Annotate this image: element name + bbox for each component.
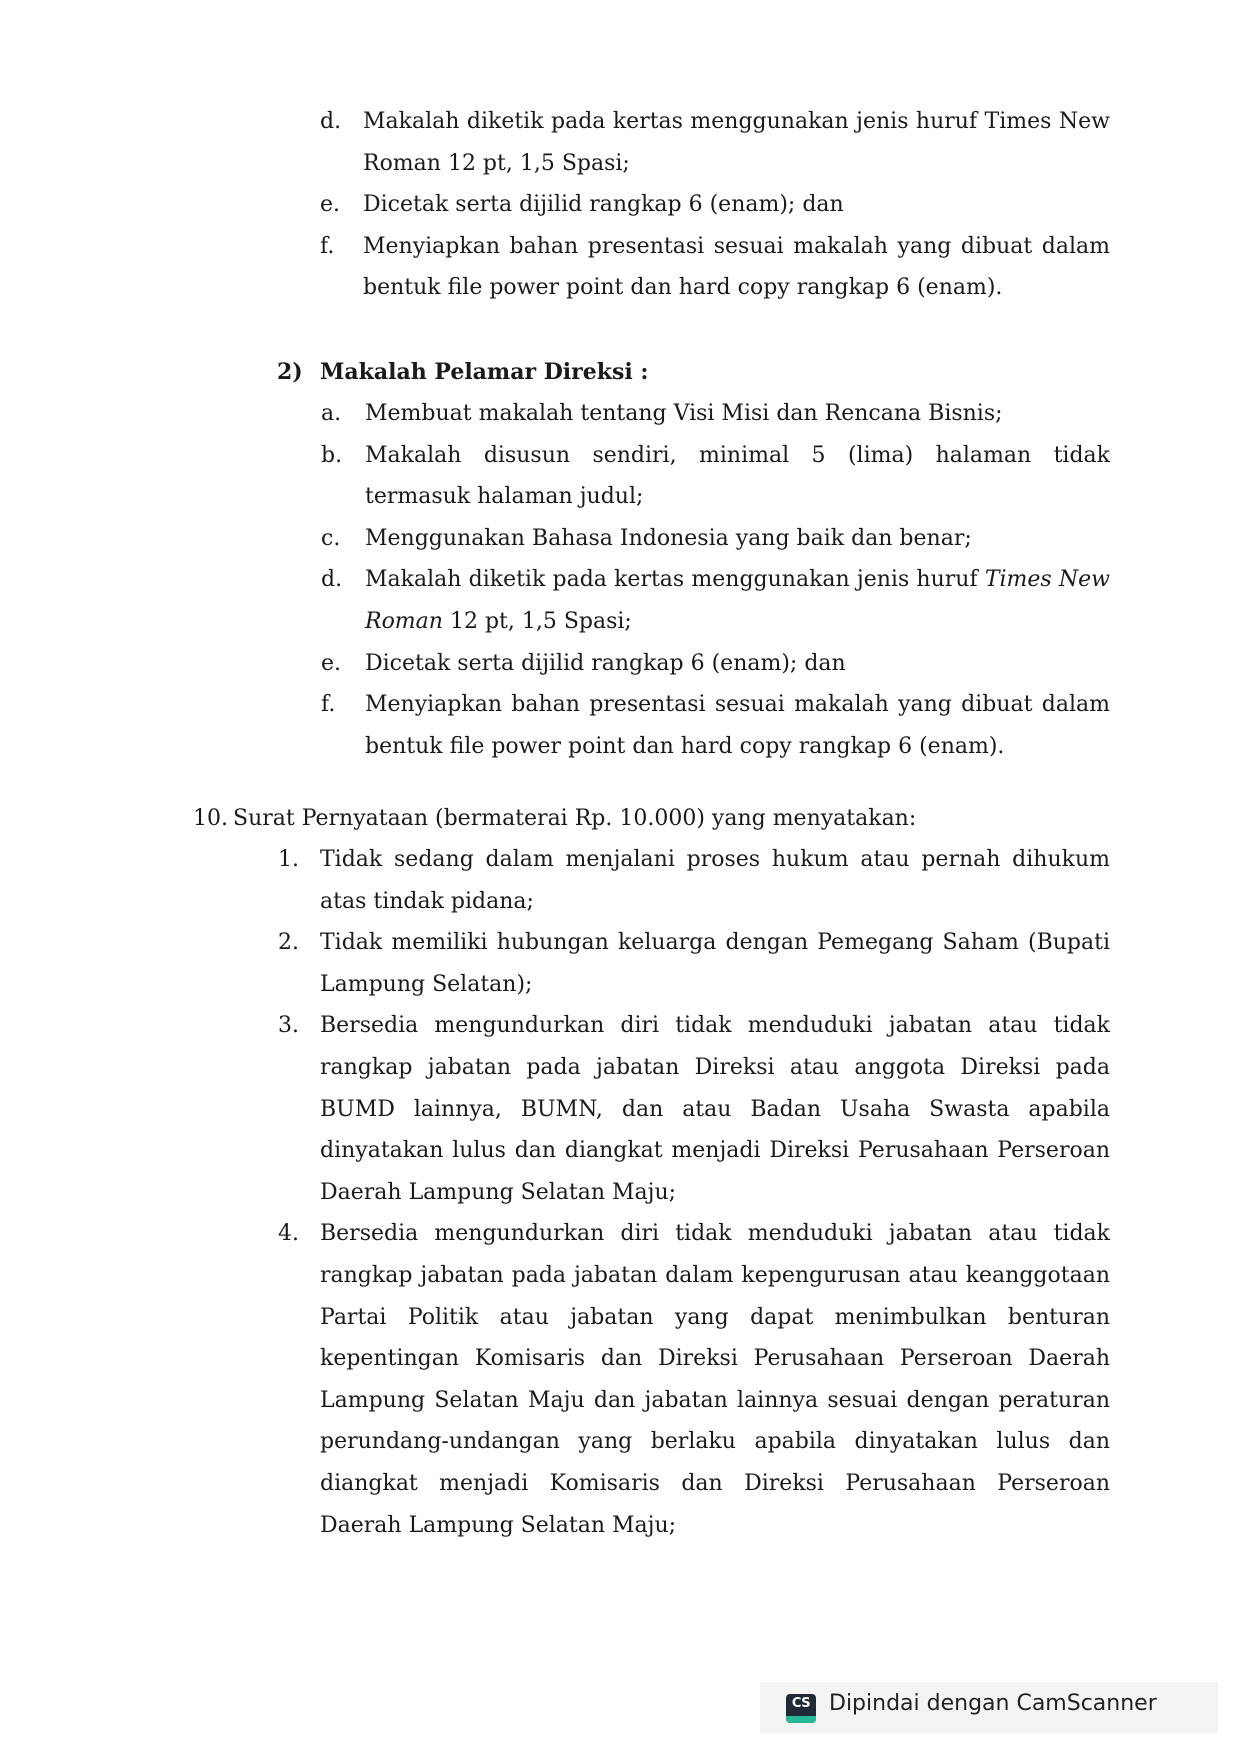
list-item-label: c. <box>321 518 340 560</box>
list-item-label: 1. <box>278 839 299 881</box>
section-10-heading: 10. Surat Pernyataan (bermaterai Rp. 10.… <box>193 798 1110 840</box>
section-text: Surat Pernyataan (bermaterai Rp. 10.000)… <box>233 798 1110 840</box>
list-item-label: e. <box>320 184 340 226</box>
makalah-direksi-list: a. Membuat makalah tentang Visi Misi dan… <box>321 393 1110 767</box>
camscanner-watermark: CS Dipindai dengan CamScanner <box>760 1682 1218 1733</box>
list-item-text: Menyiapkan bahan presentasi sesuai makal… <box>363 226 1110 309</box>
list-item-label: d. <box>320 101 341 143</box>
list-item-text: Membuat makalah tentang Visi Misi dan Re… <box>365 393 1110 435</box>
heading-text: Makalah Pelamar Direksi : <box>320 352 1110 394</box>
list-item: e. Dicetak serta dijilid rangkap 6 (enam… <box>321 643 1110 685</box>
logo-accent-band <box>786 1716 816 1723</box>
text-part: Makalah diketik pada kertas menggunakan … <box>365 567 985 592</box>
list-item-text: Menggunakan Bahasa Indonesia yang baik d… <box>365 518 1110 560</box>
list-item: f. Menyiapkan bahan presentasi sesuai ma… <box>320 226 1110 309</box>
list-item: f. Menyiapkan bahan presentasi sesuai ma… <box>321 684 1110 767</box>
list-item-label: 2. <box>278 922 299 964</box>
list-item-label: a. <box>321 393 341 435</box>
list-item-label: 3. <box>278 1005 299 1047</box>
list-item-text: Makalah diketik pada kertas menggunakan … <box>363 101 1110 184</box>
list-item-label: 4. <box>278 1213 299 1255</box>
list-item-text: Makalah diketik pada kertas menggunakan … <box>365 559 1110 642</box>
section-number: 10. <box>193 798 228 840</box>
list-item: b. Makalah disusun sendiri, minimal 5 (l… <box>321 435 1110 518</box>
text-part: 12 pt, 1,5 Spasi; <box>443 609 632 634</box>
list-item-label: f. <box>321 684 335 726</box>
list-item-label: d. <box>321 559 342 601</box>
watermark-text: Dipindai dengan CamScanner <box>829 1691 1157 1716</box>
list-item-text: Dicetak serta dijilid rangkap 6 (enam); … <box>363 184 1110 226</box>
list-item-text: Bersedia mengundurkan diri tidak mendudu… <box>320 1005 1110 1213</box>
makalah-komisaris-list-tail: d. Makalah diketik pada kertas menggunak… <box>320 101 1110 309</box>
list-item: 2. Tidak memiliki hubungan keluarga deng… <box>278 922 1110 1005</box>
heading-row: 10. Surat Pernyataan (bermaterai Rp. 10.… <box>193 798 1110 840</box>
list-item-text: Bersedia mengundurkan diri tidak mendudu… <box>320 1213 1110 1546</box>
list-item: 4. Bersedia mengundurkan diri tidak mend… <box>278 1213 1110 1546</box>
list-item-text: Makalah disusun sendiri, minimal 5 (lima… <box>365 435 1110 518</box>
list-item: c. Menggunakan Bahasa Indonesia yang bai… <box>321 518 1110 560</box>
camscanner-logo-icon: CS <box>786 1694 816 1723</box>
list-item: e. Dicetak serta dijilid rangkap 6 (enam… <box>320 184 1110 226</box>
list-item: 3. Bersedia mengundurkan diri tidak mend… <box>278 1005 1110 1213</box>
section-heading-direksi: 2) Makalah Pelamar Direksi : <box>277 352 1110 394</box>
logo-text: CS <box>786 1696 816 1711</box>
surat-pernyataan-list: 1. Tidak sedang dalam menjalani proses h… <box>278 839 1110 1546</box>
list-item: d. Makalah diketik pada kertas menggunak… <box>320 101 1110 184</box>
list-item: 1. Tidak sedang dalam menjalani proses h… <box>278 839 1110 922</box>
heading-number: 2) <box>277 352 303 394</box>
list-item: d. Makalah diketik pada kertas menggunak… <box>321 559 1110 642</box>
list-item-text: Dicetak serta dijilid rangkap 6 (enam); … <box>365 643 1110 685</box>
list-item-label: f. <box>320 226 334 268</box>
list-item: a. Membuat makalah tentang Visi Misi dan… <box>321 393 1110 435</box>
list-item-label: e. <box>321 643 341 685</box>
list-item-label: b. <box>321 435 342 477</box>
list-item-text: Tidak memiliki hubungan keluarga dengan … <box>320 922 1110 1005</box>
list-item-text: Tidak sedang dalam menjalani proses huku… <box>320 839 1110 922</box>
list-item-text: Menyiapkan bahan presentasi sesuai makal… <box>365 684 1110 767</box>
heading-row: 2) Makalah Pelamar Direksi : <box>277 352 1110 394</box>
